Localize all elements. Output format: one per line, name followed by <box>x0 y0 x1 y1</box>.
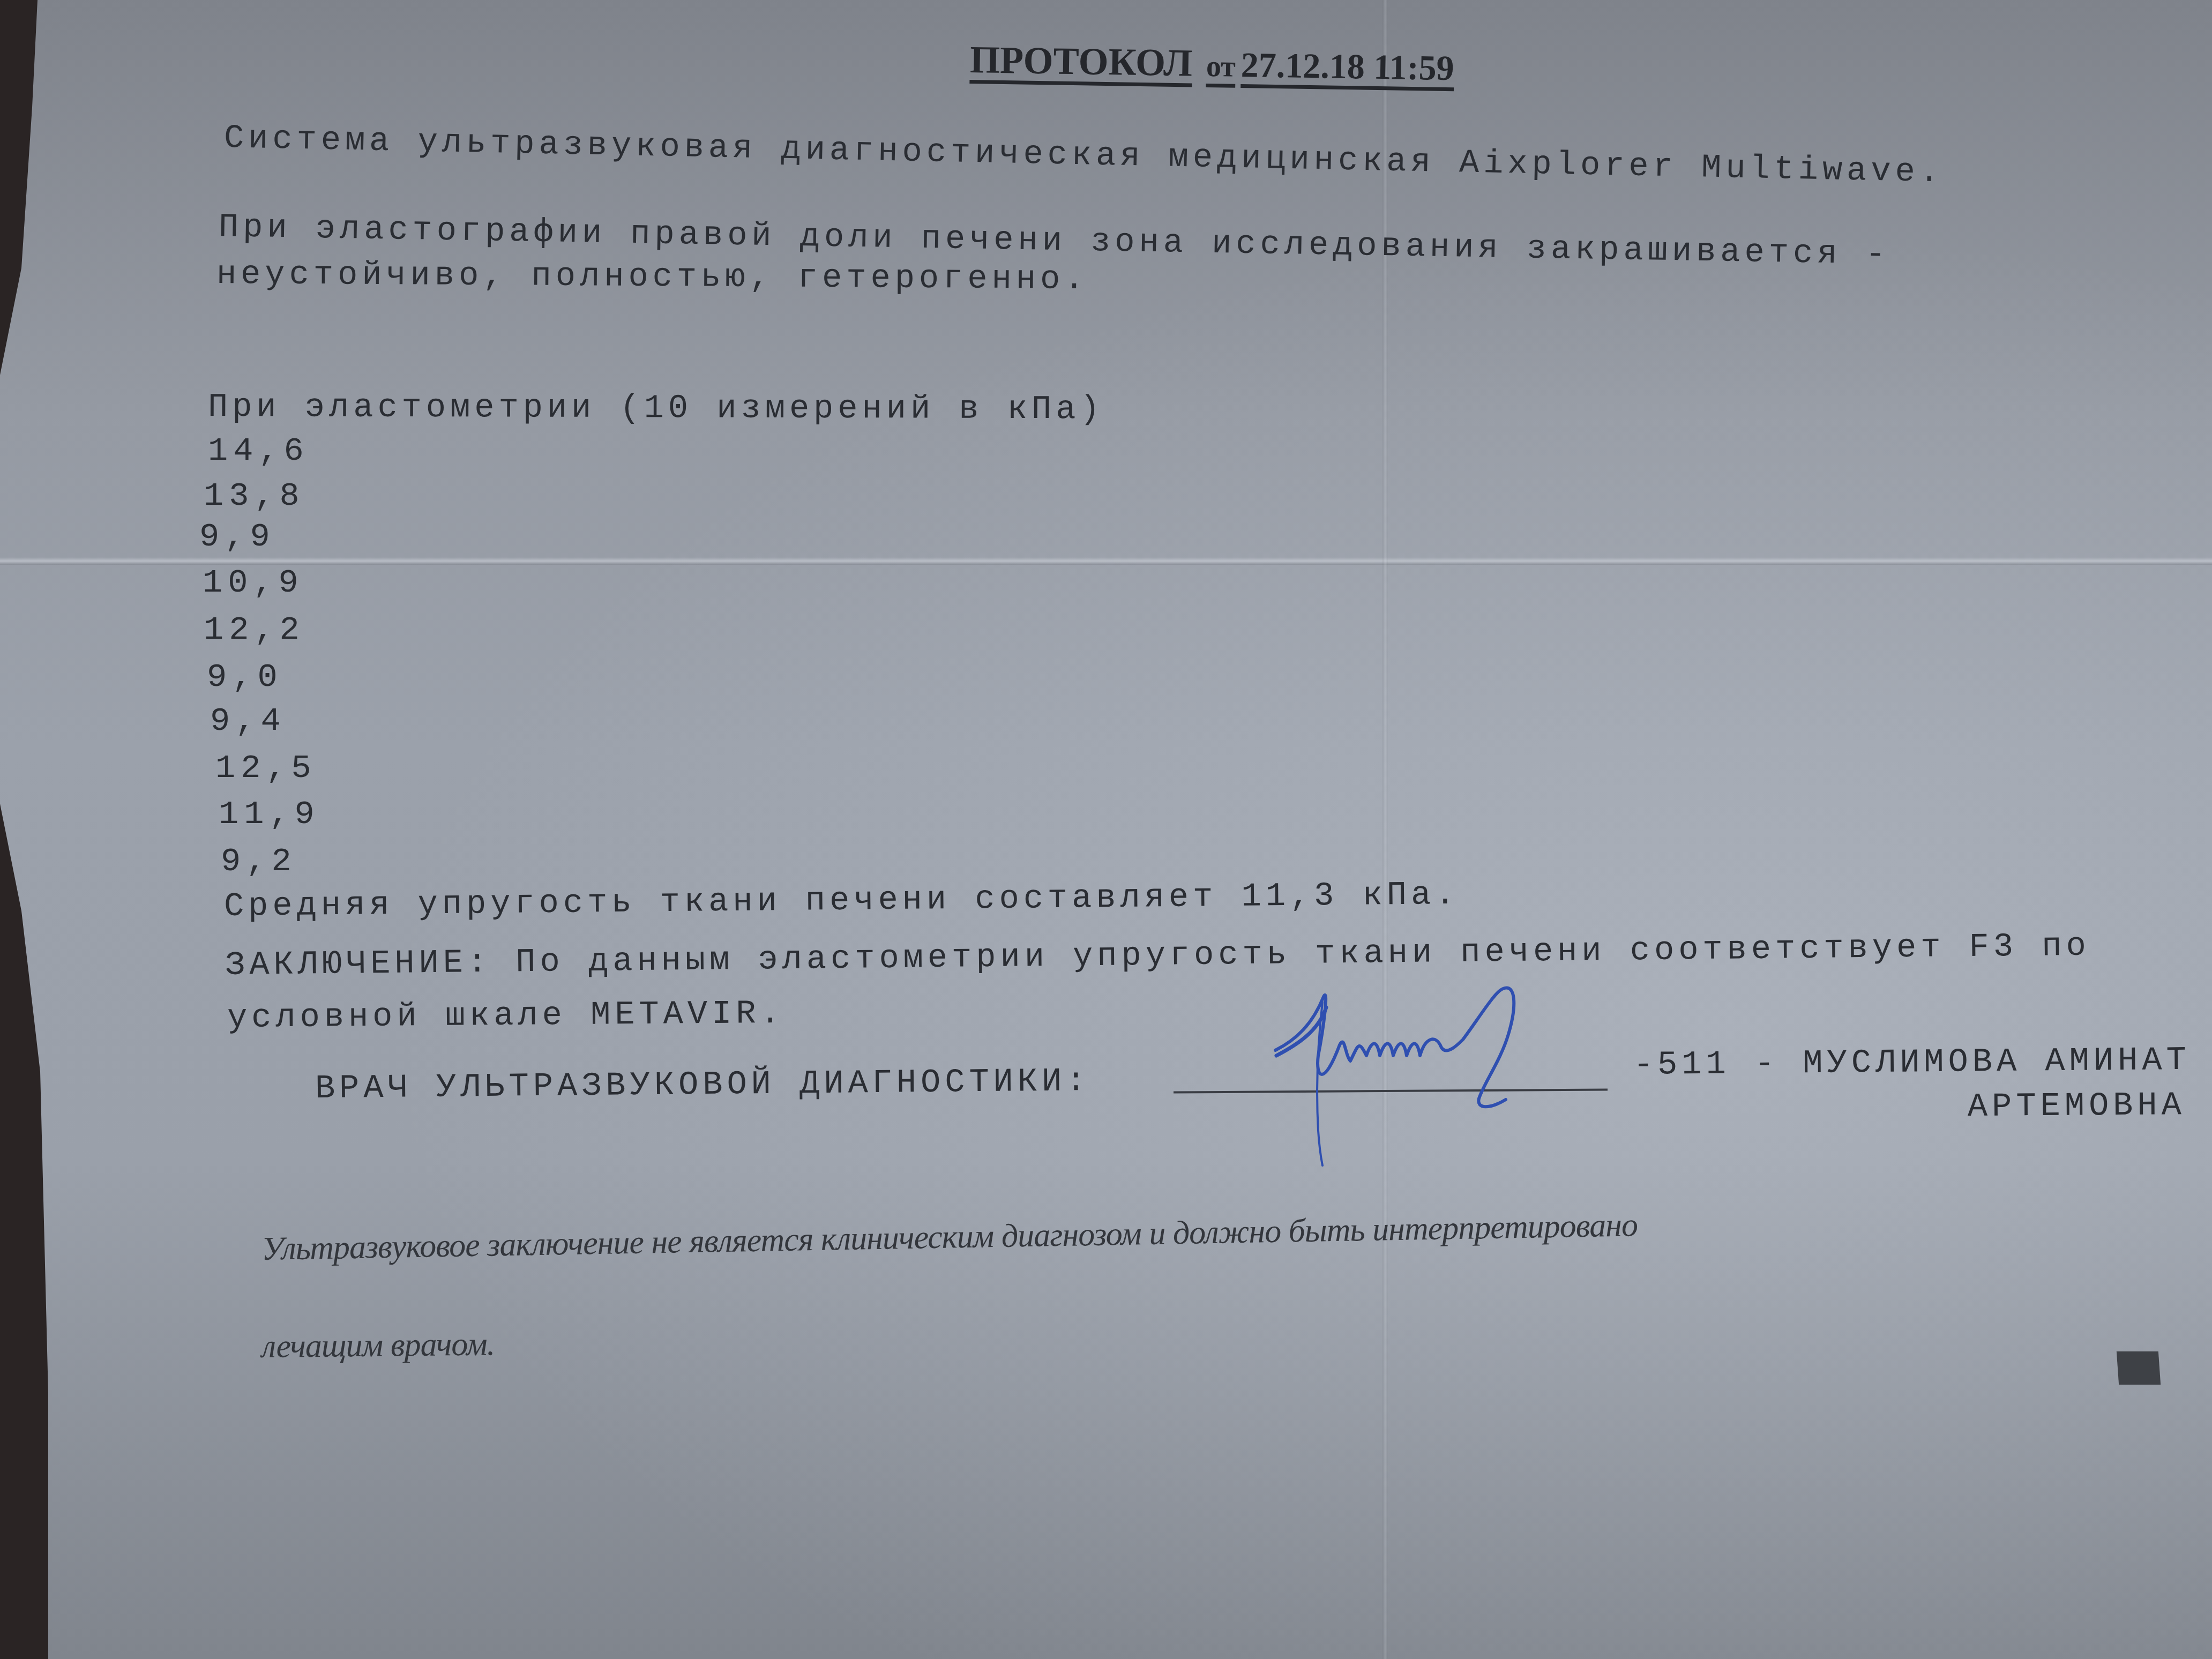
protocol-title: ПРОТОКОЛот27.12.18 11:59 <box>969 38 1454 89</box>
measurement-value: 12,5 <box>215 749 317 787</box>
doctor-patronymic: АРТЕМОВНА <box>1968 1086 2186 1126</box>
elastography-line-2: неустойчиво, полностью, гетерогенно. <box>216 255 1089 298</box>
square-marker-icon <box>2117 1351 2161 1385</box>
signature-icon <box>1265 975 1608 1179</box>
date-prefix: от <box>1206 50 1236 84</box>
measurement-value: 12,2 <box>204 611 305 649</box>
paper-fold-horizontal <box>0 557 2212 565</box>
measurement-value: 10,9 <box>203 564 304 602</box>
measurement-value: 11,9 <box>219 795 320 833</box>
date-value: 27.12.18 11:59 <box>1240 46 1454 88</box>
measurement-value: 9,0 <box>207 658 283 696</box>
measurement-value: 13,8 <box>204 477 305 515</box>
doctor-label: ВРАЧ УЛЬТРАЗВУКОВОЙ ДИАГНОСТИКИ: <box>315 1062 1090 1108</box>
doctor-id-name: -511 - МУСЛИМОВА АМИНАТ <box>1633 1041 2191 1084</box>
conclusion-line-2: условной шкале METAVIR. <box>227 995 784 1037</box>
measurement-value: 14,6 <box>208 432 309 470</box>
measurement-value: 9,4 <box>210 702 286 740</box>
disclaimer-line-2: лечащим врачом. <box>261 1325 495 1366</box>
measurement-value: 9,9 <box>199 518 275 556</box>
protocol-date: от27.12.18 11:59 <box>1206 45 1454 88</box>
elastometry-header: При эластометрии (10 измерений в кПа) <box>208 388 1104 428</box>
title-text: ПРОТОКОЛ <box>969 38 1192 85</box>
measurement-value: 9,2 <box>221 842 297 880</box>
